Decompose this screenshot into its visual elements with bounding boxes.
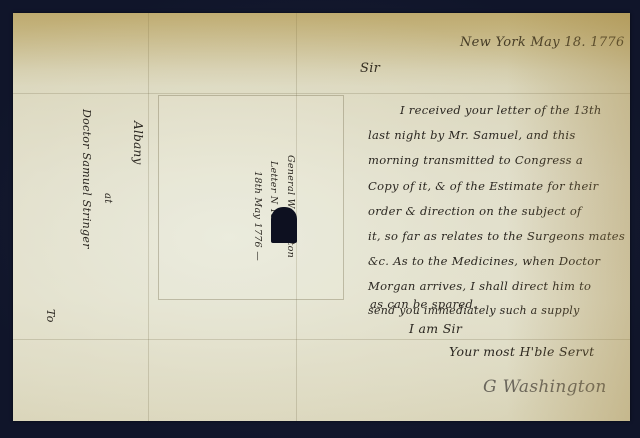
closing-2: Your most H'ble Servt: [449, 344, 595, 359]
address-flap-outline: [158, 95, 344, 300]
wax-seal-hole: [271, 207, 297, 243]
signature: G Washington: [483, 377, 607, 397]
body-line: Copy of it, & of the Estimate for their: [368, 179, 598, 193]
body-line: &c. As to the Medicines, when Doctor: [368, 254, 600, 268]
docket-line-3: 18th May 1776 —: [252, 171, 263, 261]
closing-1: I am Sir: [409, 321, 462, 336]
address-name: Doctor Samuel Stringer: [80, 109, 93, 249]
body-line: last night by Mr. Samuel, and this: [368, 128, 576, 142]
body-line: I received your letter of the 13th: [400, 103, 602, 117]
fold-line: [148, 13, 149, 421]
address-city: Albany: [131, 121, 145, 165]
body-line: it, so far as relates to the Surgeons ma…: [368, 229, 625, 243]
letter-paper: New York May 18. 1776 Sir I received you…: [13, 13, 630, 421]
fold-line: [13, 339, 630, 340]
address-to: To: [44, 309, 57, 323]
body-line: as can be spared.: [370, 297, 477, 311]
body-line: Morgan arrives, I shall direct him to: [368, 279, 591, 293]
body-line: morning transmitted to Congress a: [368, 153, 583, 167]
salutation: Sir: [360, 61, 380, 76]
fold-line: [13, 93, 630, 94]
body-line: order & direction on the subject of: [368, 204, 582, 218]
dateline: New York May 18. 1776: [460, 35, 625, 50]
address-at: at: [102, 193, 113, 204]
